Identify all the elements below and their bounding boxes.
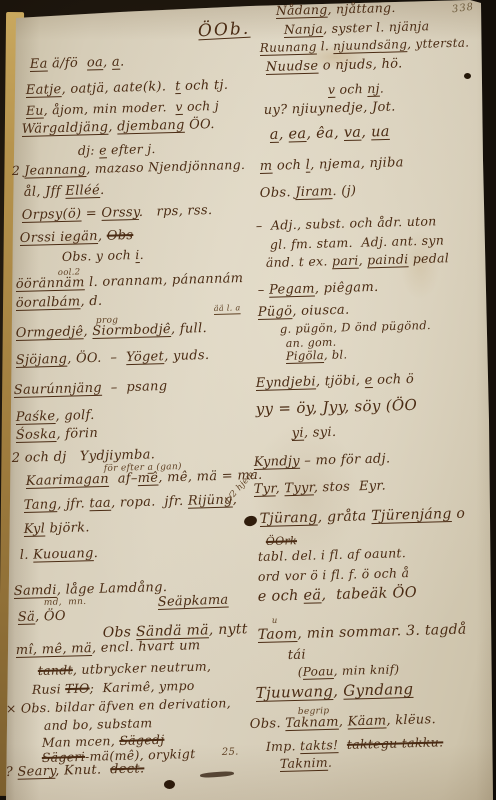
plain-text: och (335, 81, 367, 97)
handwritten-line: Pügö, oiusca. (258, 304, 350, 320)
underlined-word: Tyyr (284, 480, 314, 496)
underlined-word: Yöget (126, 349, 164, 365)
handwritten-line: ål, Jff Elléé. (24, 184, 105, 200)
handwritten-line: v och nj. (328, 82, 385, 97)
plain-text: , syi. (304, 425, 337, 441)
handwritten-annotation: u (272, 617, 278, 626)
plain-text: ; Karimê, ympo (89, 678, 194, 696)
struck-word: Obs (107, 228, 134, 244)
handwritten-line: Orssi iegän, Obs (20, 229, 134, 246)
struck-word: dect. (110, 761, 145, 777)
struck-word: TIO (65, 680, 90, 696)
plain-text: – psang (102, 379, 168, 396)
underlined-word: Orssi iegän (20, 229, 98, 246)
handwritten-line: Nanja, syster l. njänja (284, 19, 430, 36)
plain-text: (gan) (153, 462, 182, 473)
ink-blot (464, 73, 471, 79)
underlined-word: Sjöjang (16, 352, 68, 368)
plain-text: , jfr. (57, 496, 90, 512)
underlined-word: Nådang (276, 2, 328, 18)
underlined-word: Pigöla (286, 348, 324, 363)
plain-text: . (328, 755, 333, 770)
handwritten-annotation: 25. (222, 748, 239, 759)
handwritten-line: Sä, ÖO (18, 610, 66, 625)
plain-text: , encl. hvart um (92, 638, 201, 656)
plain-text: . (100, 183, 105, 198)
plain-text: begrip (298, 706, 330, 717)
plain-text: , tjöbi, (316, 373, 365, 389)
plain-text: , (339, 714, 348, 729)
plain-text: 25. (222, 747, 239, 758)
handwritten-line: yi, syi. (292, 426, 337, 441)
plain-text: ool.2 (58, 267, 81, 278)
handwritten-line: Kyl björk. (24, 521, 90, 536)
underlined-word: Taknam (285, 715, 339, 731)
struck-word: taktegu takku. (347, 734, 444, 752)
underlined-word: Tjürenjáng (371, 506, 452, 524)
underlined-word: Samdi (14, 583, 57, 599)
underlined-word: takts! (300, 737, 339, 753)
underlined-word: Paśke (16, 409, 56, 425)
plain-text: l. (20, 548, 34, 563)
underlined-word: Kaarimagan (26, 472, 109, 489)
handwritten-line: öoralbám, d. (16, 295, 103, 311)
plain-text: , d. (80, 294, 102, 310)
plain-text: . (j) (332, 183, 356, 199)
underlined-word: Tjürang (260, 509, 318, 527)
plain-text: e och (258, 588, 304, 605)
handwritten-annotation: prog (96, 316, 119, 326)
plain-text: . (93, 546, 98, 561)
plain-text: björk. (45, 520, 90, 536)
handwritten-line: Taknim. (280, 756, 333, 770)
plain-text: efter j. (107, 141, 156, 157)
underlined-word: ea (288, 126, 306, 142)
plain-text: , syster l. njänja (323, 18, 430, 36)
plain-text: , êa, (306, 125, 344, 142)
underlined-word: Kyl (24, 521, 46, 537)
handwritten-line: l. Kuouang. (20, 547, 99, 563)
plain-text: Obs. (260, 185, 296, 201)
plain-text: , stos Eyr. (314, 479, 387, 496)
handwritten-line: tabl. del. i fl. af oaunt. (258, 546, 407, 563)
plain-text: , oatjä, aate(k). (61, 79, 175, 97)
underlined-word: Eyndjebi (256, 374, 317, 391)
plain-text: Obs. y och (62, 247, 136, 264)
handwritten-annotation: begrip (298, 707, 330, 717)
handwritten-line: ord vor ö i fl. f. ö och å (258, 566, 410, 583)
underlined-word: Taknim (280, 755, 328, 771)
underlined-word: m (260, 159, 273, 174)
underlined-word: yi (292, 426, 304, 441)
underlined-word: öörännäm (16, 275, 85, 292)
underlined-word: Eatje (26, 82, 62, 98)
plain-text: och (272, 158, 306, 174)
underlined-word: Elléé (65, 183, 100, 199)
handwritten-line: Seäpkama (158, 594, 229, 610)
struck-word: tandt (38, 662, 73, 678)
underlined-word: va (344, 125, 362, 141)
plain-text: änd. t ex. (266, 253, 333, 270)
plain-text: dj: (78, 142, 100, 158)
underlined-word: öoralbám (16, 294, 81, 311)
handwritten-line: Obs. y och i. (62, 248, 144, 263)
underlined-word: Kuouang (33, 546, 94, 563)
handwritten-line: – Pegam, piêgam. (258, 281, 379, 298)
plain-text: , golf. (55, 408, 95, 424)
handwritten-line: Śoska, förin (16, 427, 99, 443)
underlined-word: Seary (17, 764, 55, 780)
plain-text: , njema, njiba (310, 155, 404, 172)
plain-text: Imp. (266, 738, 301, 754)
plain-text: , oiusca. (292, 303, 350, 319)
underlined-word: Śoska (16, 427, 57, 443)
plain-text: Obs (103, 624, 137, 641)
plain-text: för efter (104, 463, 148, 474)
plain-text: tái (288, 648, 306, 663)
underlined-word: eä (303, 587, 321, 603)
handwritten-line: uy? njiuynedje, Jot. (264, 101, 396, 118)
handwritten-line: Obs. Jiram. (j) (260, 184, 357, 200)
plain-text: ål, Jff (24, 184, 66, 200)
underlined-word: a (270, 127, 279, 143)
plain-text: md, mn. (44, 597, 87, 608)
plain-text: , yuds. (164, 348, 210, 364)
plain-text: , full. (171, 321, 207, 337)
underlined-word: ää l. a (214, 303, 241, 313)
handwritten-line: tái (288, 649, 306, 663)
underlined-word: ua (371, 124, 390, 140)
plain-text: pedal (408, 250, 449, 266)
plain-text: – mo för adj. (300, 451, 391, 468)
plain-text: . (139, 247, 144, 262)
underlined-word: oa (87, 55, 104, 70)
plain-text: ä/fö (47, 56, 87, 72)
underlined-word: Pügö (258, 304, 293, 320)
underlined-word: paindi (367, 251, 409, 267)
section-header: ÖOb. (198, 19, 251, 42)
plain-text: prog (96, 315, 119, 326)
handwritten-line: Ea ä/fö oa, a. (30, 56, 125, 72)
handwritten-annotation: ää l. a (214, 304, 241, 313)
plain-text: och j (183, 98, 220, 114)
plain-text: and bo, substam (44, 715, 153, 733)
plain-text: och ö (373, 372, 415, 388)
underlined-word: Kyndjy (254, 454, 300, 470)
underlined-word: Tyr (254, 481, 276, 497)
underlined-word: Nuudse (266, 59, 319, 75)
underlined-word: Poau (303, 664, 334, 679)
underlined-word: pari (332, 253, 359, 269)
handwritten-annotation: för efter a (gan) (104, 463, 182, 474)
plain-text: , låge Lamdång. (57, 580, 168, 598)
underlined-word: Sä (18, 610, 36, 625)
plain-text: . rps, rss. (139, 203, 213, 220)
plain-text: , njåttang. (327, 0, 396, 17)
plain-text: , förin (56, 426, 98, 442)
plain-text: , min knif) (334, 662, 400, 678)
underlined-word: Tjuuwang (256, 682, 334, 702)
plain-text: , (83, 324, 92, 339)
struck-word: Sägedj (119, 732, 164, 748)
handwritten-annotation: ool.2 (58, 268, 81, 278)
underlined-word: Pegam (269, 282, 315, 298)
plain-text: , (98, 229, 107, 244)
plain-text: , ÖO. – (67, 350, 126, 367)
plain-text: , (333, 682, 344, 700)
plain-text: , tabeäk ÖO (321, 585, 417, 603)
underlined-word: Ea (30, 57, 48, 72)
manuscript-photo: 338 ÖOb. Ea ä/fö oa, a.Eatje, oatjä, aat… (0, 0, 496, 800)
underlined-word: Orpsy(ö) (22, 206, 82, 223)
plain-text: och tj. (180, 78, 228, 94)
underlined-word: Jiram (295, 184, 333, 200)
underlined-word: Orssy (101, 205, 139, 221)
plain-text: , bl. (324, 347, 348, 362)
underlined-word: Käam (347, 713, 386, 729)
plain-text: – (258, 283, 270, 298)
underlined-word: djembang (117, 118, 185, 135)
handwritten-line: and bo, substam (44, 716, 153, 732)
handwritten-annotation: md, mn. (44, 598, 87, 609)
plain-text: , klëus. (386, 712, 436, 728)
handwritten-line: Pigöla, bl. (286, 348, 348, 362)
plain-text: , Knut. (55, 762, 110, 778)
underlined-word: Tang (24, 497, 58, 513)
underlined-word: Eu (26, 103, 44, 118)
plain-text: o njuds, hö. (318, 56, 403, 73)
plain-text: Rusi (32, 681, 66, 697)
plain-text: , (275, 481, 284, 496)
plain-text: . (120, 55, 125, 70)
plain-text: , (279, 127, 289, 143)
underlined-word: Gyndang (343, 680, 413, 700)
underlined-word: Jeannang (24, 161, 86, 178)
plain-text: , yttersta. (407, 36, 469, 52)
plain-text: u (272, 616, 278, 626)
plain-text: ÖO. (185, 117, 215, 133)
underlined-word: njuundsäng (333, 37, 407, 53)
handwritten-line: Paśke, golf. (16, 409, 95, 425)
handwritten-line: dj: e efter j. (78, 142, 156, 157)
underlined-word: Wärgaldjäng (22, 120, 109, 137)
plain-text: o (451, 506, 465, 522)
plain-text: , gråta (317, 508, 371, 525)
underlined-word: taa (89, 496, 111, 512)
plain-text: , ropa. jfr. (111, 494, 188, 511)
plain-text: ? (6, 765, 18, 780)
handwritten-line: (Poau, min knif) (298, 663, 400, 678)
handwritten-line: ÖOrk (266, 535, 297, 547)
handwritten-line: a, ea, êa, va, ua (270, 125, 390, 143)
underlined-word: Seäpkama (157, 593, 228, 610)
underlined-word: Taom (258, 626, 298, 643)
plain-text: , nytt (209, 621, 248, 638)
plain-text: . (380, 81, 385, 96)
plain-text: , piêgam. (315, 280, 379, 297)
underlined-word: nj (367, 81, 380, 96)
plain-text: , ÖO (35, 609, 66, 625)
plain-text: = (81, 206, 101, 222)
underlined-word: Ruunang (260, 40, 317, 55)
ink-blot (164, 780, 175, 789)
plain-text: l. (317, 39, 334, 53)
plain-text: 2 (12, 163, 25, 178)
underlined-word: mî, mê, mä (16, 641, 92, 658)
underlined-word: Saurúnnjäng (14, 381, 103, 398)
handwritten-line: Nådang, njåttang. (276, 1, 396, 17)
struck-word: ÖOrk (266, 534, 298, 548)
underlined-word: Ormgedjê (16, 324, 84, 341)
underlined-word: Nanja (284, 21, 324, 37)
plain-text: Obs. (250, 716, 286, 732)
